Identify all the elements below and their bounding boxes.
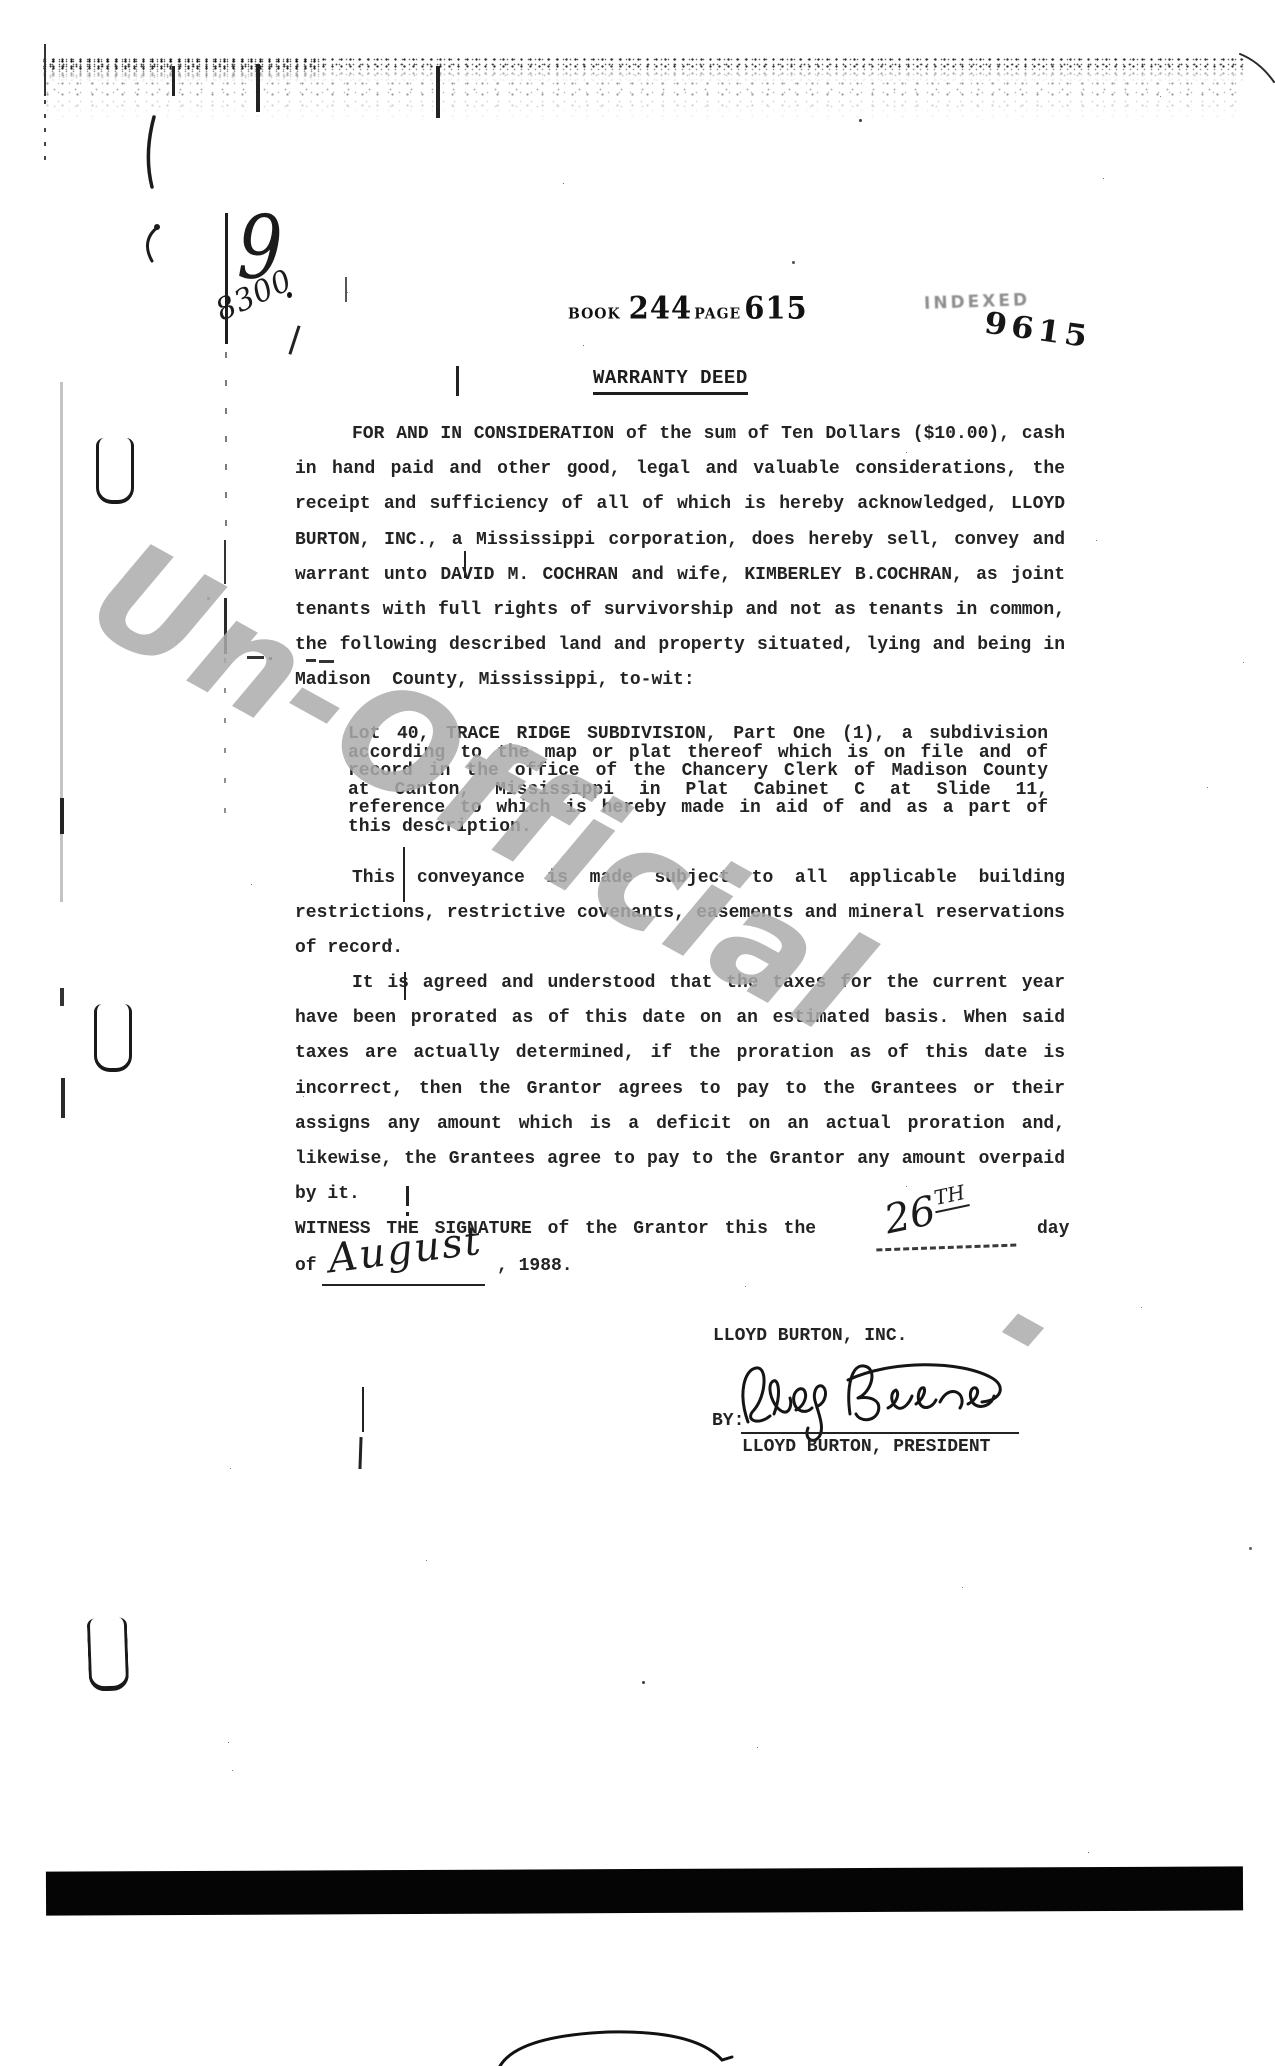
grantor-company-line: LLOYD BURTON, INC.	[713, 1326, 907, 1347]
stamp-number: 9615	[982, 309, 1093, 354]
page-number: 615	[744, 290, 808, 326]
of-label: of	[295, 1256, 317, 1277]
page-edge-line	[44, 44, 46, 96]
paragraph-consideration: FOR AND IN CONSIDERATION of the sum of T…	[295, 417, 1065, 699]
day-blank-line	[876, 1226, 1017, 1252]
margin-bracket	[87, 1617, 130, 1691]
scan-streak	[256, 64, 260, 112]
page-label: PAGE	[694, 306, 741, 323]
text-line: taxes are actually determined, if the pr…	[295, 1036, 1065, 1071]
scan-noise-band-2	[40, 78, 1245, 122]
margin-line	[224, 598, 227, 654]
scan-edge-mark	[61, 1078, 65, 1118]
text-line: in hand paid and other good, legal and v…	[295, 452, 1065, 487]
text-line: record in the office of the Chancery Cle…	[348, 762, 1048, 781]
text-line: at Canton, Mississippi in Plat Cabinet C…	[348, 781, 1048, 800]
text-line: assigns any amount which is a deficit on…	[295, 1107, 1065, 1142]
signer-title-line: LLOYD BURTON, PRESIDENT	[742, 1437, 990, 1458]
page-edge-dots	[44, 100, 46, 170]
text-line: restrictions, restrictive covenants, eas…	[295, 896, 1065, 931]
stray-dot	[269, 657, 272, 660]
book-number: 244	[629, 290, 693, 326]
text-line: the following described land and propert…	[295, 628, 1065, 663]
scan-edge-mark	[60, 988, 64, 1006]
margin-bracket	[96, 438, 134, 504]
stray-tick	[403, 847, 405, 902]
paragraph-conveyance: This conveyance is made subject to all a…	[295, 861, 1065, 967]
margin-line-dashed	[225, 352, 227, 538]
scan-artifact-curve	[1238, 50, 1275, 90]
scan-noise-dense	[40, 58, 320, 82]
text-line: according to the map or plat thereof whi…	[348, 744, 1048, 763]
book-label: BOOK	[568, 306, 621, 323]
margin-line	[224, 540, 226, 584]
year-text: , 1988.	[497, 1256, 573, 1277]
margin-line-dashed	[224, 658, 226, 816]
signature-line	[741, 1407, 1019, 1434]
stray-tick	[456, 366, 459, 396]
text-line: Madison County, Mississippi, to-wit:	[295, 663, 1065, 698]
stray-tick	[362, 1387, 364, 1432]
stray-tick	[345, 277, 347, 302]
redaction-bar	[46, 1866, 1243, 1915]
stray-tick	[404, 972, 406, 1000]
text-line: likewise, the Grantees agree to pay to t…	[295, 1142, 1065, 1177]
day-ordinal: TH	[930, 1180, 970, 1214]
scan-artifact-arc	[490, 2028, 735, 2066]
scanned-deed-page: 9 8300 BOOK 244 PAGE 615 INDEXED 9615 WA…	[0, 0, 1275, 2066]
scan-streak	[172, 66, 175, 96]
text-line: have been prorated as of this date on an…	[295, 1001, 1065, 1036]
scan-streak	[436, 66, 440, 118]
stray-tick	[358, 1437, 362, 1469]
paragraph-property-description: Lot 40, TRACE RIDGE SUBDIVISION, Part On…	[348, 725, 1048, 837]
text-line: BURTON, INC., a Mississippi corporation,…	[295, 523, 1065, 558]
text-line: FOR AND IN CONSIDERATION of the sum of T…	[295, 417, 1065, 452]
text-line: tenants with full rights of survivorship…	[295, 593, 1065, 628]
scan-specks	[0, 0, 1, 1]
text-line: This conveyance is made subject to all a…	[295, 861, 1065, 896]
text-line: warrant unto DAVID M. COCHRAN and wife, …	[295, 558, 1065, 593]
text-line: this description.	[348, 818, 1048, 837]
text-line: incorrect, then the Grantor agrees to pa…	[295, 1072, 1065, 1107]
stray-tick	[464, 551, 466, 578]
pen-mark-strokes	[140, 115, 180, 275]
stray-dash	[247, 656, 264, 659]
text-line: It is agreed and understood that the tax…	[295, 966, 1065, 1001]
stray-dash	[306, 659, 316, 662]
pen-stroke	[288, 325, 300, 354]
margin-bracket	[94, 1004, 132, 1072]
book-page-stamp: BOOK 244 PAGE 615	[568, 290, 810, 326]
document-title: WARRANTY DEED	[593, 368, 748, 395]
watermark-fragment	[1002, 1313, 1044, 1346]
paragraph-taxes: It is agreed and understood that the tax…	[295, 966, 1065, 1212]
stray-dash	[319, 660, 334, 663]
text-line: Lot 40, TRACE RIDGE SUBDIVISION, Part On…	[348, 725, 1048, 744]
stray-tick	[406, 1186, 409, 1206]
stray-dot	[406, 1212, 409, 1216]
text-line: reference to which is hereby made in aid…	[348, 799, 1048, 818]
text-line: of record.	[295, 931, 1065, 966]
text-line: receipt and sufficiency of all of which …	[295, 487, 1065, 522]
scan-edge-mark	[60, 798, 64, 834]
day-label: day	[1037, 1219, 1069, 1240]
